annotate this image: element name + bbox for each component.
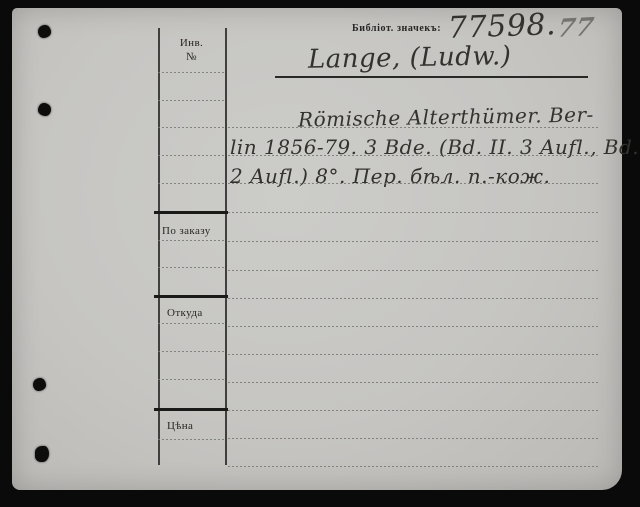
ruled-line — [228, 298, 600, 299]
author-heading: Lange, (Ludw.) — [308, 41, 512, 75]
catalog-card: Инв. № По заказу Откуда Цѣна Библіот. зн… — [12, 8, 622, 490]
field-column-right-rule — [225, 28, 227, 465]
column-ruled-line — [158, 183, 225, 184]
column-ruled-line — [158, 127, 225, 128]
section-divider — [154, 408, 228, 411]
description-line-3: 2 Aufl.) 8°. Пер. бѣл. п.-кож. — [230, 164, 550, 188]
ruled-line — [228, 466, 600, 467]
column-ruled-line — [158, 439, 225, 440]
heading-underline — [275, 76, 588, 78]
field-origin-label: Откуда — [167, 307, 203, 319]
pencil-page-note: 77 — [556, 12, 597, 43]
field-inventory-label: Инв. № — [158, 36, 225, 64]
ruled-line — [228, 354, 600, 355]
ruled-line — [228, 127, 600, 128]
library-stamp-label: Библіот. значекъ: — [352, 23, 441, 34]
ruled-line — [228, 270, 600, 271]
accession-number: 77598. — [447, 7, 556, 46]
field-order-label: По заказу — [162, 225, 211, 237]
column-ruled-line — [158, 267, 225, 268]
column-ruled-line — [158, 351, 225, 352]
column-ruled-line — [158, 379, 225, 380]
column-ruled-line — [158, 100, 225, 101]
ink-blot-3 — [33, 378, 46, 391]
field-inventory-line2: № — [186, 51, 197, 63]
ruled-line — [228, 212, 600, 213]
ink-blot-4 — [35, 446, 49, 462]
section-divider — [154, 211, 228, 214]
field-price-label: Цѣна — [167, 420, 193, 432]
ink-blot-2 — [38, 103, 51, 116]
ruled-line — [228, 382, 600, 383]
ruled-line — [228, 155, 600, 156]
ruled-line — [228, 438, 600, 439]
ruled-line — [228, 326, 600, 327]
column-ruled-line — [158, 155, 225, 156]
ink-blot-1 — [38, 25, 51, 38]
column-ruled-line — [158, 72, 225, 73]
ruled-line — [228, 410, 600, 411]
section-divider — [154, 295, 228, 298]
ruled-line — [228, 241, 600, 242]
field-column-left-rule — [158, 28, 160, 465]
column-ruled-line — [158, 240, 225, 241]
ruled-line — [228, 183, 600, 184]
field-inventory-line1: Инв. — [180, 37, 203, 49]
column-ruled-line — [158, 323, 225, 324]
